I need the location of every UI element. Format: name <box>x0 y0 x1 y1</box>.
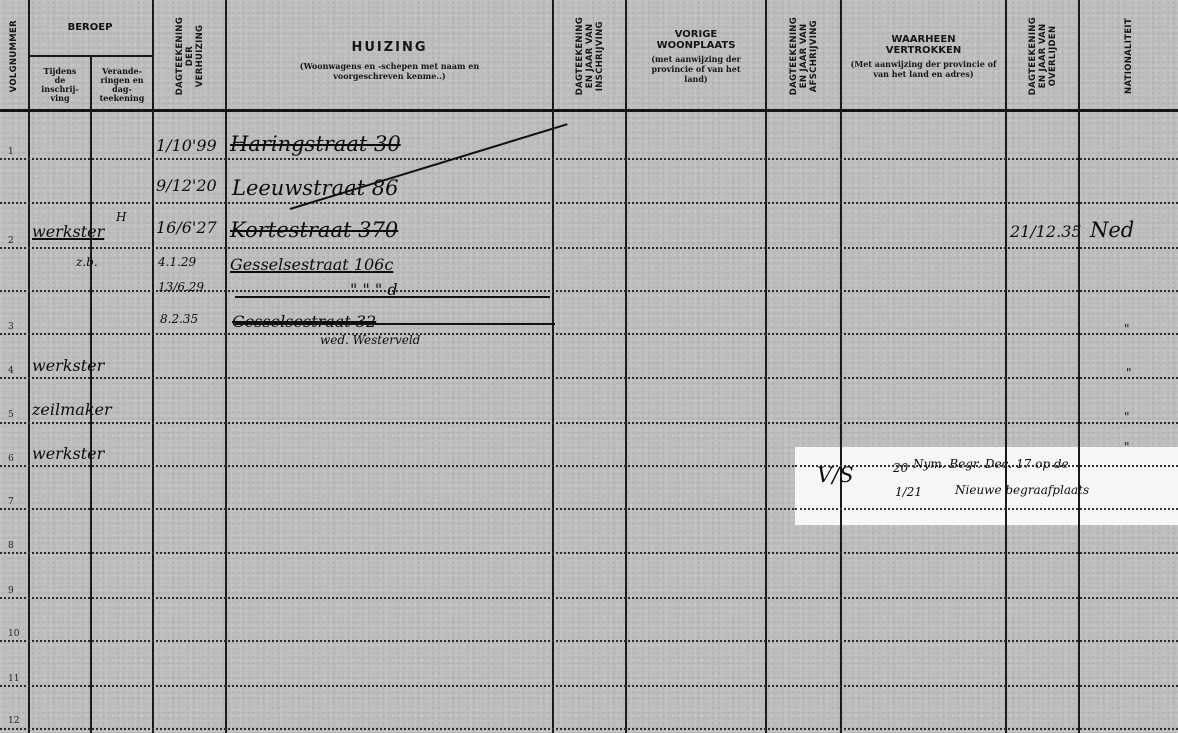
annotation-date: 1/21 <box>895 485 922 499</box>
verhuizing-date: 1/10'99 <box>156 136 217 155</box>
annotation-date: 20 <box>893 461 908 475</box>
header-beroep-tijdens-label: Tijdens de inschrij- ving <box>41 67 79 103</box>
header-dagteekening-overlijden: DAGTEEKENING EN JAAR VAN OVERLIJDEN <box>1007 0 1078 112</box>
beroep-note: H <box>116 210 126 224</box>
row-number: 7 <box>8 497 28 507</box>
pasted-annotation-slip: V/S 20 1/21 Nym. Begr. Dec. 17 op de Nie… <box>795 447 1178 525</box>
overlijden-date: 21/12.35 <box>1010 222 1082 241</box>
header-dagteekening-afschrijving: DAGTEEKENING EN JAAR VAN AFSCHRIJVING <box>767 0 840 112</box>
row-number: 1 <box>8 147 28 157</box>
row-number: 4 <box>8 366 28 376</box>
header-waarheen-vertrokken-subtitle: (Met aanwijzing der provincie of van het… <box>849 59 999 79</box>
row-number: 9 <box>8 586 28 596</box>
beroep-entry: z.b. <box>76 255 98 269</box>
header-beroep: BEROEP <box>28 0 152 57</box>
huizing-annotation: wed. Westerveld <box>320 333 420 347</box>
row-divider <box>0 333 1178 335</box>
beroep-entry: zeilmaker <box>32 400 112 419</box>
verhuizing-date: 9/12'20 <box>156 176 217 195</box>
header-vorige-woonplaats: VORIGE WOONPLAATS (met aanwijzing der pr… <box>627 0 765 112</box>
row-number: 11 <box>8 674 28 684</box>
annotation-vs: V/S <box>817 463 854 487</box>
ditto-mark: " <box>1126 366 1132 380</box>
verhuizing-date: 16/6'27 <box>156 218 217 237</box>
header-beroep-label: BEROEP <box>68 22 113 33</box>
row-number: 2 <box>8 236 28 246</box>
header-vorige-woonplaats-title: VORIGE WOONPLAATS <box>657 29 736 51</box>
header-dagteekening-afschrijving-label: DAGTEEKENING EN JAAR VAN AFSCHRIJVING <box>789 17 819 95</box>
header-volgnummer-label: VOLGNUMMER <box>9 20 19 92</box>
nationaliteit-value: Ned <box>1090 218 1134 242</box>
header-nationaliteit: NATIONALITEIT <box>1080 0 1178 112</box>
row-number: 8 <box>8 541 28 551</box>
register-card: VOLGNUMMER BEROEP Tijdens de inschrij- v… <box>0 0 1178 733</box>
row-divider <box>0 685 1178 687</box>
row-divider <box>0 422 1178 424</box>
header-dagteekening-overlijden-label: DAGTEEKENING EN JAAR VAN OVERLIJDEN <box>1028 17 1058 95</box>
crossout-stroke <box>235 296 550 298</box>
header-dagteekening-verhuizing: DAGTEEKENING DER VERHUIZING <box>154 0 225 112</box>
row-divider <box>0 202 1178 204</box>
header-beroep-veranderingen: Verande- ringen en dag- teekening <box>92 57 152 112</box>
header-waarheen-vertrokken: WAARHEEN VERTROKKEN (Met aanwijzing der … <box>842 0 1005 112</box>
row-divider <box>0 247 1178 249</box>
row-number: 5 <box>8 410 28 420</box>
row-number: 3 <box>8 322 28 332</box>
header-volgnummer: VOLGNUMMER <box>0 0 28 112</box>
huizing-address: Leeuwstraat 86 <box>232 176 398 200</box>
row-divider <box>0 377 1178 379</box>
beroep-entry: werkster <box>32 444 104 463</box>
verhuizing-date: 4.1.29 <box>158 255 196 269</box>
annotation-text: Nieuwe begraafplaats <box>955 483 1089 497</box>
row-divider <box>0 640 1178 642</box>
row-number: 12 <box>8 716 28 726</box>
header-vorige-woonplaats-subtitle: (met aanwijzing der provincie of van het… <box>639 54 754 84</box>
header-dagteekening-inschrijving-label: DAGTEEKENING EN JAAR VAN INSCHRIJVING <box>575 17 605 95</box>
row-number: 6 <box>8 454 28 464</box>
annotation-text: Nym. Begr. Dec. 17 op de <box>913 457 1069 471</box>
verhuizing-date: 13/6.29 <box>158 280 204 294</box>
huizing-address: Haringstraat 30 <box>230 132 401 156</box>
header-waarheen-vertrokken-title: WAARHEEN VERTROKKEN <box>886 34 962 56</box>
header-huizing: HUIZING (Woonwagens en -schepen met naam… <box>227 0 552 112</box>
header-beroep-veranderingen-label: Verande- ringen en dag- teekening <box>100 67 145 103</box>
beroep-entry: werkster <box>32 356 104 375</box>
row-divider <box>0 158 1178 160</box>
ditto-mark: " <box>1124 322 1130 336</box>
header-huizing-title: HUIZING <box>351 40 427 55</box>
row-divider <box>0 728 1178 730</box>
header-dagteekening-inschrijving: DAGTEEKENING EN JAAR VAN INSCHRIJVING <box>554 0 625 112</box>
row-divider <box>0 552 1178 554</box>
huizing-address: Kortestraat 370 <box>230 218 398 242</box>
header-nationaliteit-label: NATIONALITEIT <box>1124 18 1134 94</box>
header-huizing-subtitle: (Woonwagens en -schepen met naam en voor… <box>280 61 500 81</box>
beroep-entry: werkster <box>32 222 104 241</box>
huizing-address: Gesselsestraat 106c <box>230 255 393 274</box>
ditto-mark: " <box>1124 410 1130 424</box>
verhuizing-date: 8.2.35 <box>160 312 198 326</box>
huizing-address: Gesselsestraat 32 <box>232 312 376 331</box>
row-divider <box>0 597 1178 599</box>
header-dagteekening-verhuizing-label: DAGTEEKENING DER VERHUIZING <box>175 17 205 95</box>
header-beroep-tijdens: Tijdens de inschrij- ving <box>30 57 90 112</box>
crossout-stroke <box>235 323 555 325</box>
row-divider <box>795 508 1178 510</box>
row-number: 10 <box>8 629 28 639</box>
